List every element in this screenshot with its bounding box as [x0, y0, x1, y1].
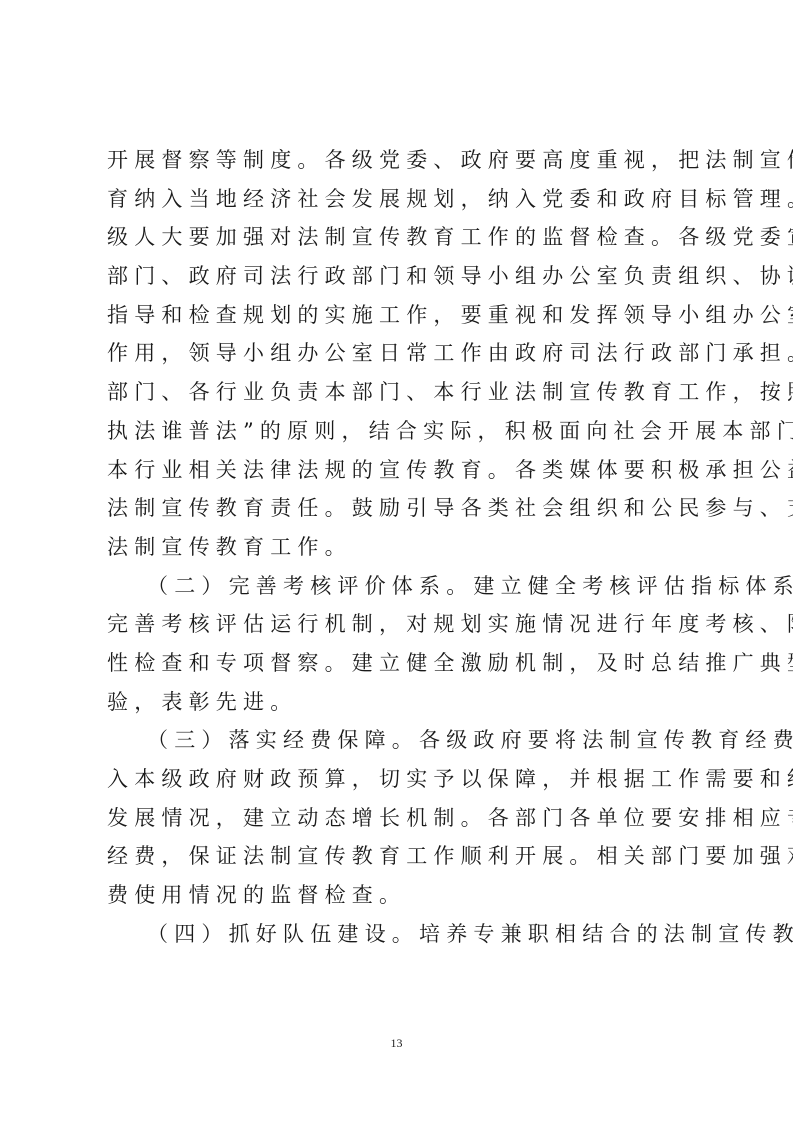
text-line: 发展情况，建立动态增长机制。各部门各单位要安排相应专项: [107, 799, 689, 838]
text-line: 本行业相关法律法规的宣传教育。各类媒体要积极承担公益性: [107, 451, 689, 490]
page-number: 13: [0, 1036, 793, 1051]
document-page: 开展督察等制度。各级党委、政府要高度重视，把法制宣传教 育纳入当地经济社会发展规…: [0, 0, 793, 1122]
section-3-first-line: （三）落实经费保障。各级政府要将法制宣传教育经费纳: [107, 721, 689, 760]
text-line: 法制宣传教育工作。: [107, 528, 689, 567]
text-line: 费使用情况的监督检查。: [107, 876, 689, 915]
text-line: 作用，领导小组办公室日常工作由政府司法行政部门承担。各: [107, 334, 689, 373]
text-line: 部门、政府司法行政部门和领导小组办公室负责组织、协调、: [107, 257, 689, 296]
text-line: 入本级政府财政预算，切实予以保障，并根据工作需要和经济: [107, 760, 689, 799]
body-text: 开展督察等制度。各级党委、政府要高度重视，把法制宣传教 育纳入当地经济社会发展规…: [107, 141, 689, 953]
text-line: 经费，保证法制宣传教育工作顺利开展。相关部门要加强对经: [107, 837, 689, 876]
text-line: 执法谁普法”的原则，结合实际，积极面向社会开展本部门、: [107, 412, 689, 451]
text-line: 法制宣传教育责任。鼓励引导各类社会组织和公民参与、支持: [107, 489, 689, 528]
text-line: 部门、各行业负责本部门、本行业法制宣传教育工作，按照“谁: [107, 373, 689, 412]
text-line: 完善考核评估运行机制，对规划实施情况进行年度考核、阶段: [107, 605, 689, 644]
text-line: 开展督察等制度。各级党委、政府要高度重视，把法制宣传教: [107, 141, 689, 180]
text-line: 指导和检查规划的实施工作，要重视和发挥领导小组办公室的: [107, 296, 689, 335]
text-line: 级人大要加强对法制宣传教育工作的监督检查。各级党委宣传: [107, 218, 689, 257]
section-2-first-line: （二）完善考核评价体系。建立健全考核评估指标体系，: [107, 567, 689, 606]
section-4-first-line: （四）抓好队伍建设。培养专兼职相结合的法制宣传教育: [107, 915, 689, 954]
text-line: 验，表彰先进。: [107, 683, 689, 722]
text-line: 性检查和专项督察。建立健全激励机制，及时总结推广典型经: [107, 644, 689, 683]
text-line: 育纳入当地经济社会发展规划，纳入党委和政府目标管理。各: [107, 180, 689, 219]
